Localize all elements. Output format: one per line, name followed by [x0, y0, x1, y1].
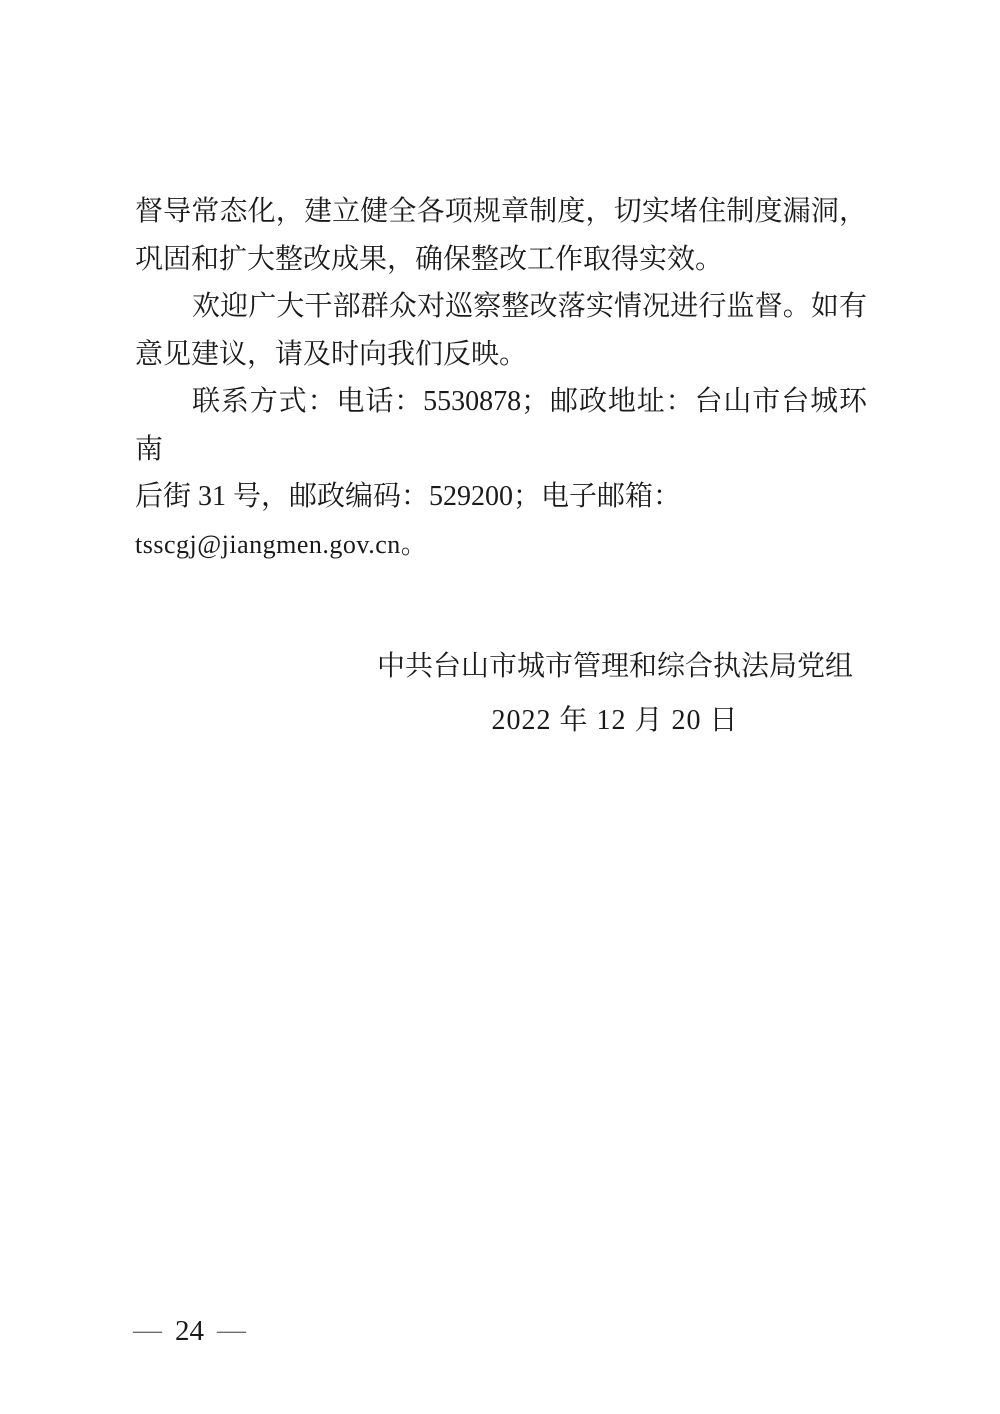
body-line-2: 巩固和扩大整改成果，确保整改工作取得实效。 — [135, 236, 867, 284]
body-line-4: 意见建议，请及时向我们反映。 — [135, 331, 867, 379]
document-page: 督导常态化，建立健全各项规章制度，切实堵住制度漏洞， 巩固和扩大整改成果，确保整… — [0, 0, 1000, 1414]
signature-block: 中共台山市城市管理和综合执法局党组 2022 年 12 月 20 日 — [360, 643, 870, 745]
body-line-6: 后街 31 号，邮政编码：529200；电子邮箱： — [135, 473, 867, 521]
signature-date: 2022 年 12 月 20 日 — [360, 697, 870, 745]
signature-org: 中共台山市城市管理和综合执法局党组 — [360, 643, 870, 691]
page-footer: — 24 — — [133, 1314, 246, 1348]
body-line-1: 督导常态化，建立健全各项规章制度，切实堵住制度漏洞， — [135, 188, 867, 236]
footer-page-number: 24 — [175, 1314, 204, 1348]
body-line-3: 欢迎广大干部群众对巡察整改落实情况进行监督。如有 — [135, 283, 867, 331]
footer-dash-left: — — [133, 1313, 162, 1347]
footer-dash-right: — — [217, 1313, 246, 1347]
body-text-block: 督导常态化，建立健全各项规章制度，切实堵住制度漏洞， 巩固和扩大整改成果，确保整… — [135, 188, 867, 568]
body-line-5: 联系方式：电话：5530878；邮政地址：台山市台城环南 — [135, 378, 867, 473]
body-line-email: tsscgj@jiangmen.gov.cn。 — [135, 521, 867, 569]
